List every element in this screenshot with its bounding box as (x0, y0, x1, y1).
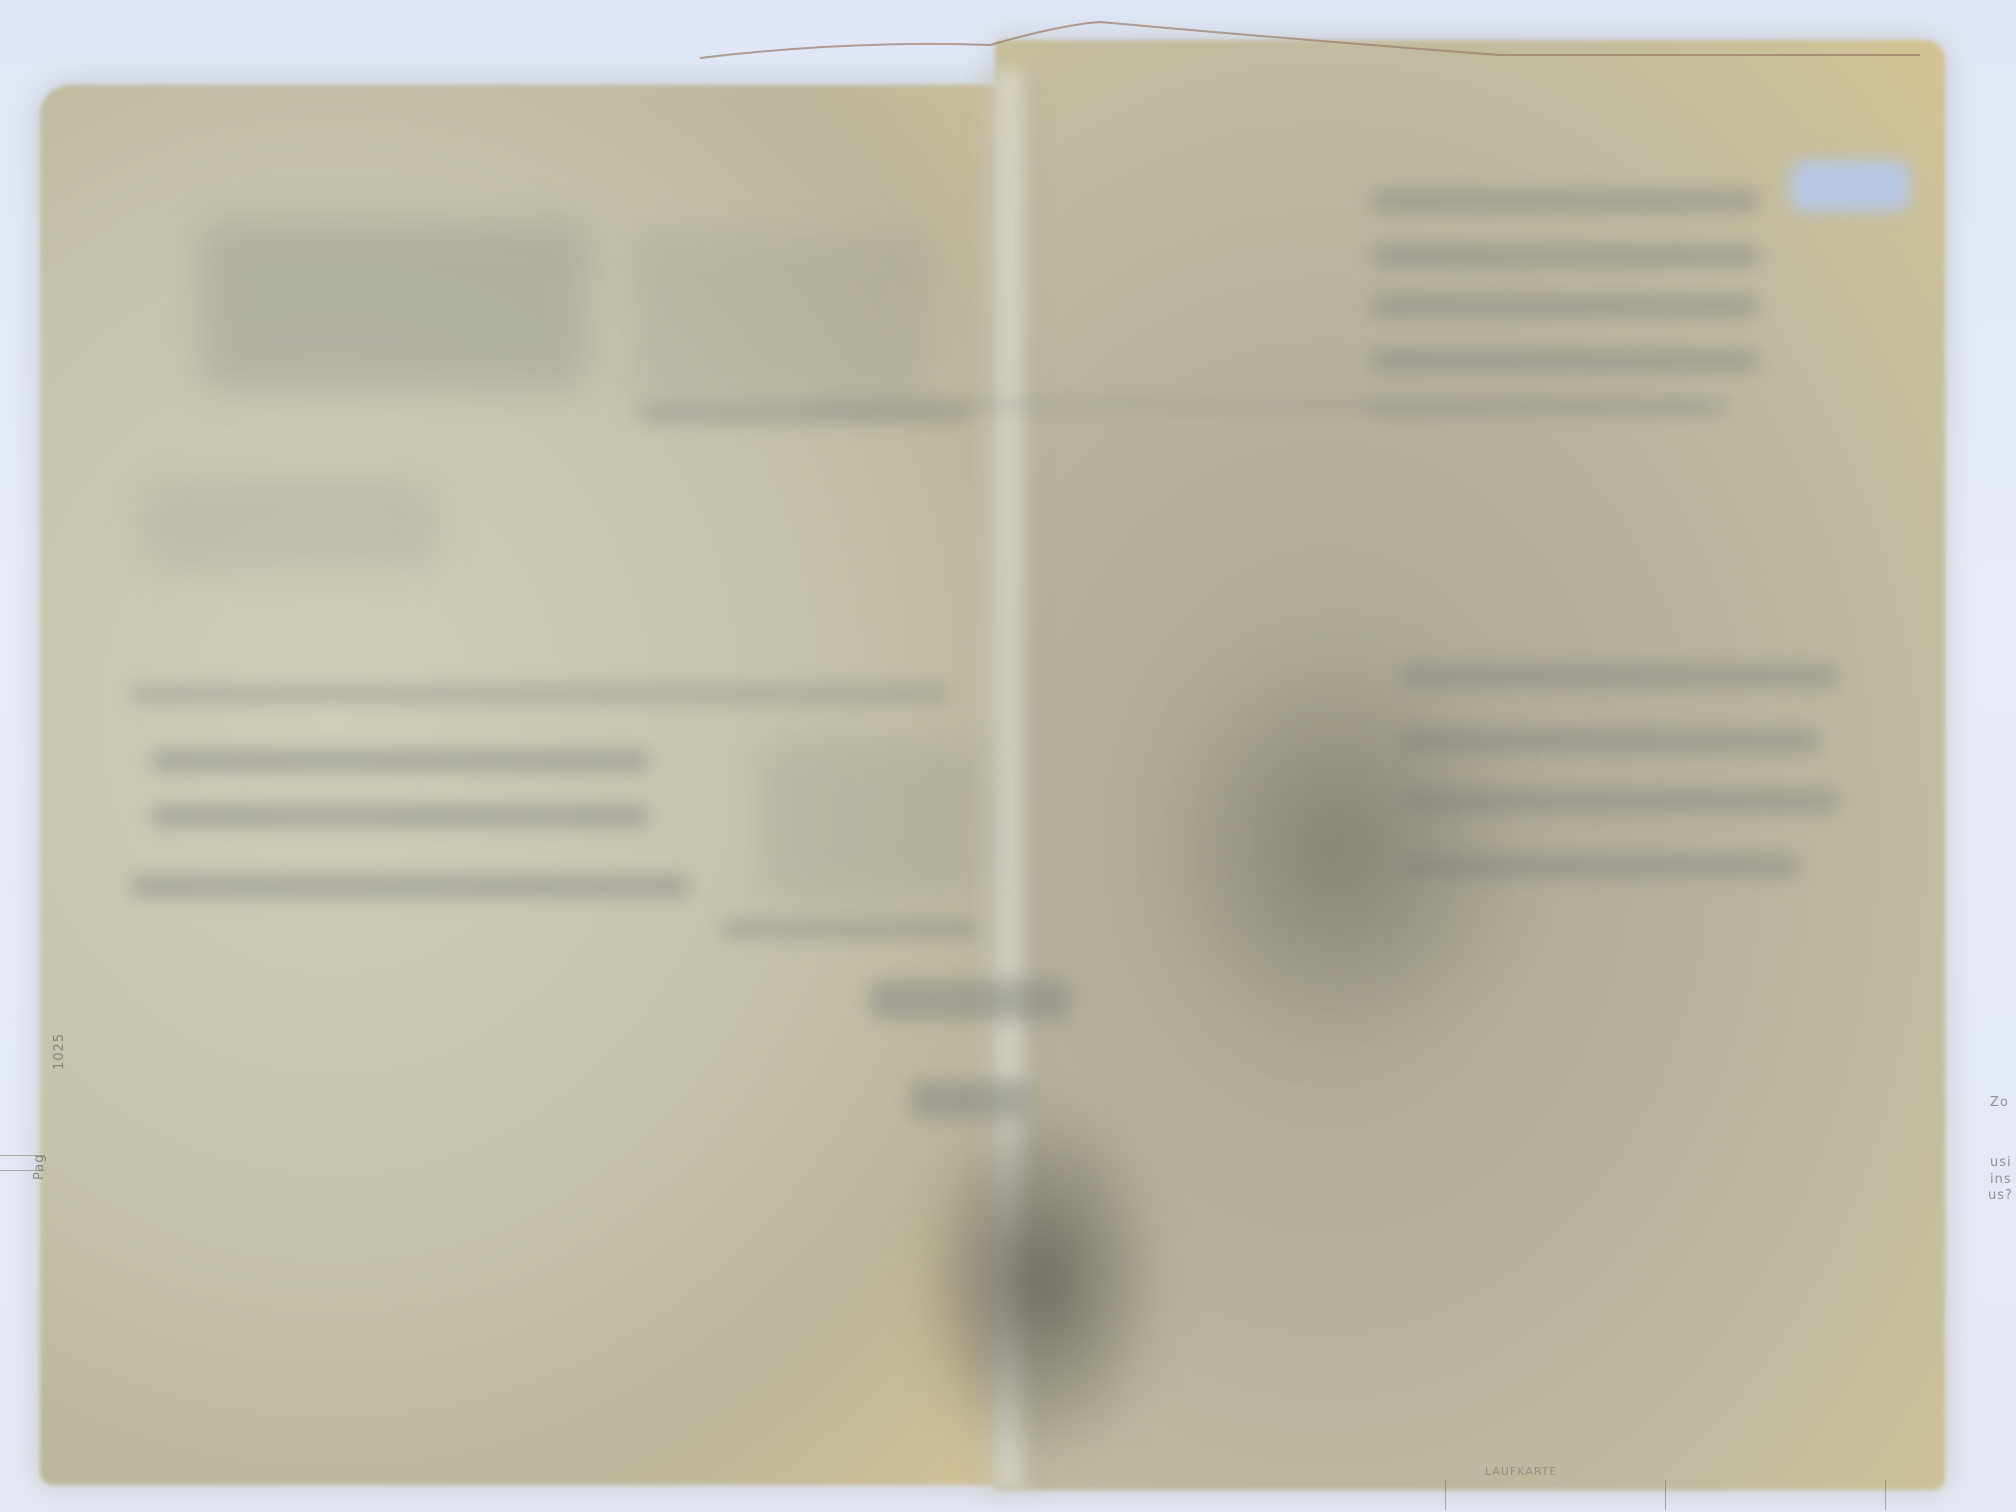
right-horizontal-rule (810, 400, 1710, 410)
right-lower-line-1 (1400, 665, 1840, 687)
right-lower-line-4 (1400, 855, 1800, 877)
left-margin-vertical-number: 1025 (52, 1033, 67, 1070)
right-text-line-2 (1370, 245, 1760, 267)
right-lower-line-2 (1400, 730, 1820, 752)
right-margin-fragment-2: ins (1990, 1172, 2012, 1187)
left-margin-rule-2 (0, 1170, 45, 1171)
left-lower-line-3 (150, 805, 650, 827)
footer-divider-1 (1445, 1480, 1446, 1510)
right-margin-fragment-3: us? (1988, 1188, 2013, 1203)
left-lower-right-column (760, 740, 980, 900)
footer-divider-2 (1665, 1480, 1666, 1510)
right-margin-fragment-1: usi (1990, 1155, 2012, 1170)
footer-divider-3 (1885, 1480, 1886, 1510)
right-text-line-3 (1370, 295, 1760, 317)
left-margin-rule (0, 1155, 45, 1156)
signature-mark (870, 980, 1070, 1020)
left-lower-line-4 (130, 875, 690, 897)
open-booklet: Zo usi ins us? ma D— 1025 Pag LAUFKARTE (30, 40, 1950, 1490)
page-shadow (1150, 640, 1530, 1060)
blue-tab-marker (1790, 160, 1910, 212)
page-top-edge (0, 0, 2016, 120)
center-shadow (910, 1090, 1170, 1470)
right-margin-fragment-zo: Zo (1990, 1095, 2009, 1110)
left-top-text-block (200, 220, 590, 390)
left-lower-line-1 (130, 685, 950, 703)
right-lower-line-3 (1400, 790, 1840, 812)
right-text-line-1 (1370, 190, 1760, 212)
left-margin-vertical-label: Pag (32, 1154, 47, 1180)
left-mid-text (140, 480, 440, 570)
left-top-right-block (630, 230, 930, 410)
left-bracket-line-2 (720, 920, 980, 938)
footer-fragment: LAUFKARTE (1485, 1465, 1557, 1478)
signature-mark-2 (910, 1080, 1030, 1120)
right-text-line-4 (1370, 350, 1760, 372)
left-lower-line-2 (150, 750, 650, 772)
